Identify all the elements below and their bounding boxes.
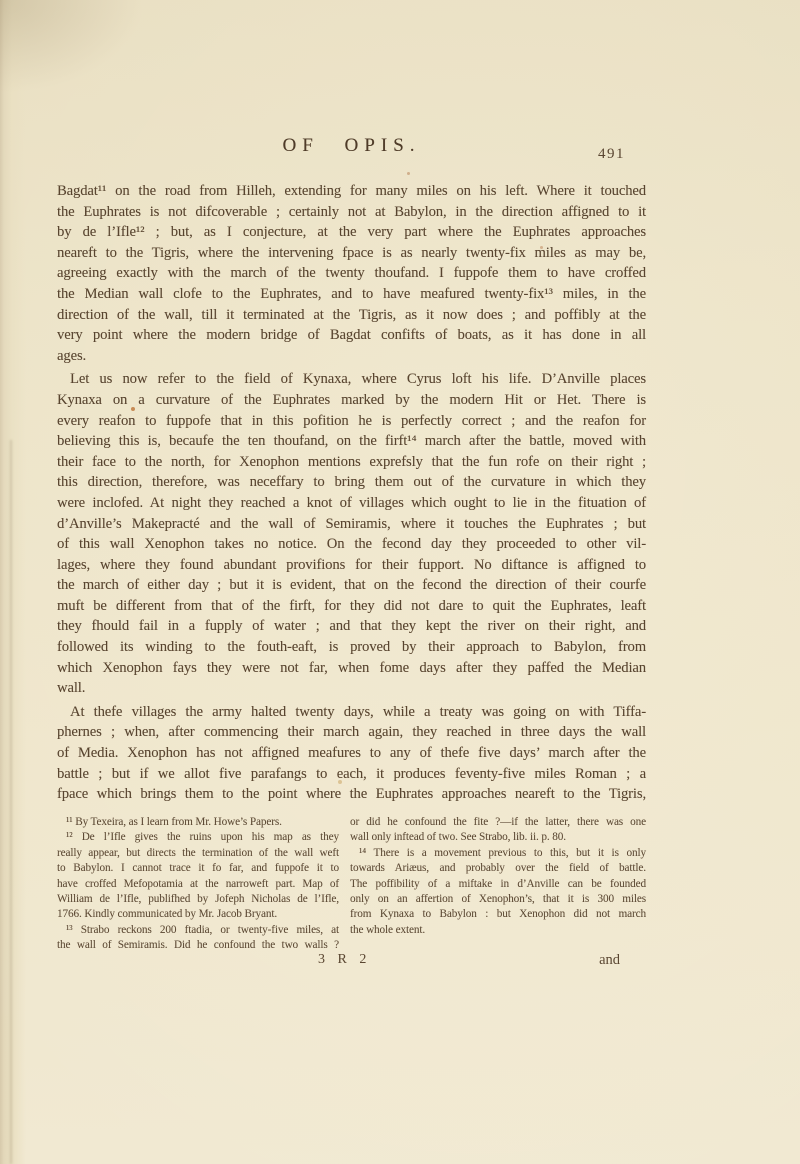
text-line: every reafon to fuppofe that in this pof… [57,411,646,432]
text-line: ages. [57,346,646,367]
text-line: believing this is, becaufe the ten thouf… [57,431,646,452]
footnote-line: The poffibility of a miftake in d’Anvill… [350,877,646,892]
text-line: agreeing exactly with the march of the t… [57,263,646,284]
text-line: fpace which brings them to the point whe… [57,784,646,805]
footnote-line: have croffed Mefopotamia at the narrowef… [57,877,339,892]
page-crease-line [10,440,12,1164]
footnote-line: wall only inftead of two. See Strabo, li… [350,830,646,845]
text-line: direction of the wall, till it terminate… [57,305,646,326]
footnote-line: to Babylon. I cannot trace it fo far, an… [57,861,339,876]
footnote-line: the whole extent. [350,923,646,938]
footnote-line: really appear, but directs the terminati… [57,846,339,861]
body-text: Bagdat¹¹ on the road from Hilleh, extend… [57,181,646,805]
text-line: Let us now refer to the field of Kynaxa,… [57,369,646,390]
running-head: OF OPIS. 491 [57,135,646,161]
footnote-line: from Kynaxa to Babylon : but Xenophon di… [350,907,646,922]
page-header-title: OF OPIS. [57,135,646,157]
text-line: Kynaxa on a curvature of the Euphrates m… [57,390,646,411]
page-footer: 3 R 2 and [57,952,646,974]
foxing-speck [407,172,410,175]
text-line: At thefe villages the army halted twenty… [57,702,646,723]
text-line: very point where the modern bridge of Ba… [57,325,646,346]
footnote-line: ¹³ Strabo reckons 200 ftadia, or twenty-… [57,923,339,938]
text-line: wall. [57,678,646,699]
footnotes-section: ¹¹ By Texeira, as I learn from Mr. Howe’… [57,815,646,954]
text-line: they fhould fail in a fupply of water ; … [57,616,646,637]
book-page: OF OPIS. 491 Bagdat¹¹ on the road from H… [0,0,800,1164]
signature-mark: 3 R 2 [318,952,368,968]
text-line: this direction, therefore, was neceffary… [57,472,646,493]
footnote-line: or did he confound the fite ?—if the lat… [350,815,646,830]
text-line: muft be different from that of the firft… [57,596,646,617]
text-line: the march of either day ; but it is evid… [57,575,646,596]
text-line: phernes ; when, after commencing their m… [57,722,646,743]
text-line: d’Anville’s Makepracté and the wall of S… [57,514,646,535]
footnotes-left-column: ¹¹ By Texeira, as I learn from Mr. Howe’… [57,815,339,954]
text-line: neareft to the Tigris, where the interve… [57,243,646,264]
text-line: battle ; but if we allot five parafangs … [57,764,646,785]
text-line: the Median wall clofe to the Euphrates, … [57,284,646,305]
footnote-line: ¹² De l’Ifle gives the ruins upon his ma… [57,830,339,845]
footnote-line: William de l’Ifle, publifhed by Jofeph N… [57,892,339,907]
page-number: 491 [598,146,625,163]
text-line: the Euphrates is not difcoverable ; cert… [57,202,646,223]
text-line: followed its winding to the fouth-eaft, … [57,637,646,658]
text-line: their face to the north, for Xenophon me… [57,452,646,473]
footnote-line: only on an affertion of Xenophon’s, that… [350,892,646,907]
body-paragraph: Bagdat¹¹ on the road from Hilleh, extend… [57,181,646,366]
text-line: which Xenophon fays they were not far, w… [57,658,646,679]
footnotes-right-column: or did he confound the fite ?—if the lat… [350,815,646,954]
body-paragraph: At thefe villages the army halted twenty… [57,702,646,805]
footnote-line: towards Ariæus, and probably over the fi… [350,861,646,876]
text-line: Bagdat¹¹ on the road from Hilleh, extend… [57,181,646,202]
text-line: lages, where they found abundant provifi… [57,555,646,576]
text-line: of Media. Xenophon has not affigned meaf… [57,743,646,764]
text-line: by de l’Ifle¹² ; but, as I conjecture, a… [57,222,646,243]
catchword: and [599,952,620,969]
text-line: of this wall Xenophon takes no notice. O… [57,534,646,555]
footnote-line: 1766. Kindly communicated by Mr. Jacob B… [57,907,339,922]
body-paragraph: Let us now refer to the field of Kynaxa,… [57,369,646,699]
text-line: were inclofed. At night they reached a k… [57,493,646,514]
footnote-line: ¹¹ By Texeira, as I learn from Mr. Howe’… [57,815,339,830]
footnote-line: ¹⁴ There is a movement previous to this,… [350,846,646,861]
